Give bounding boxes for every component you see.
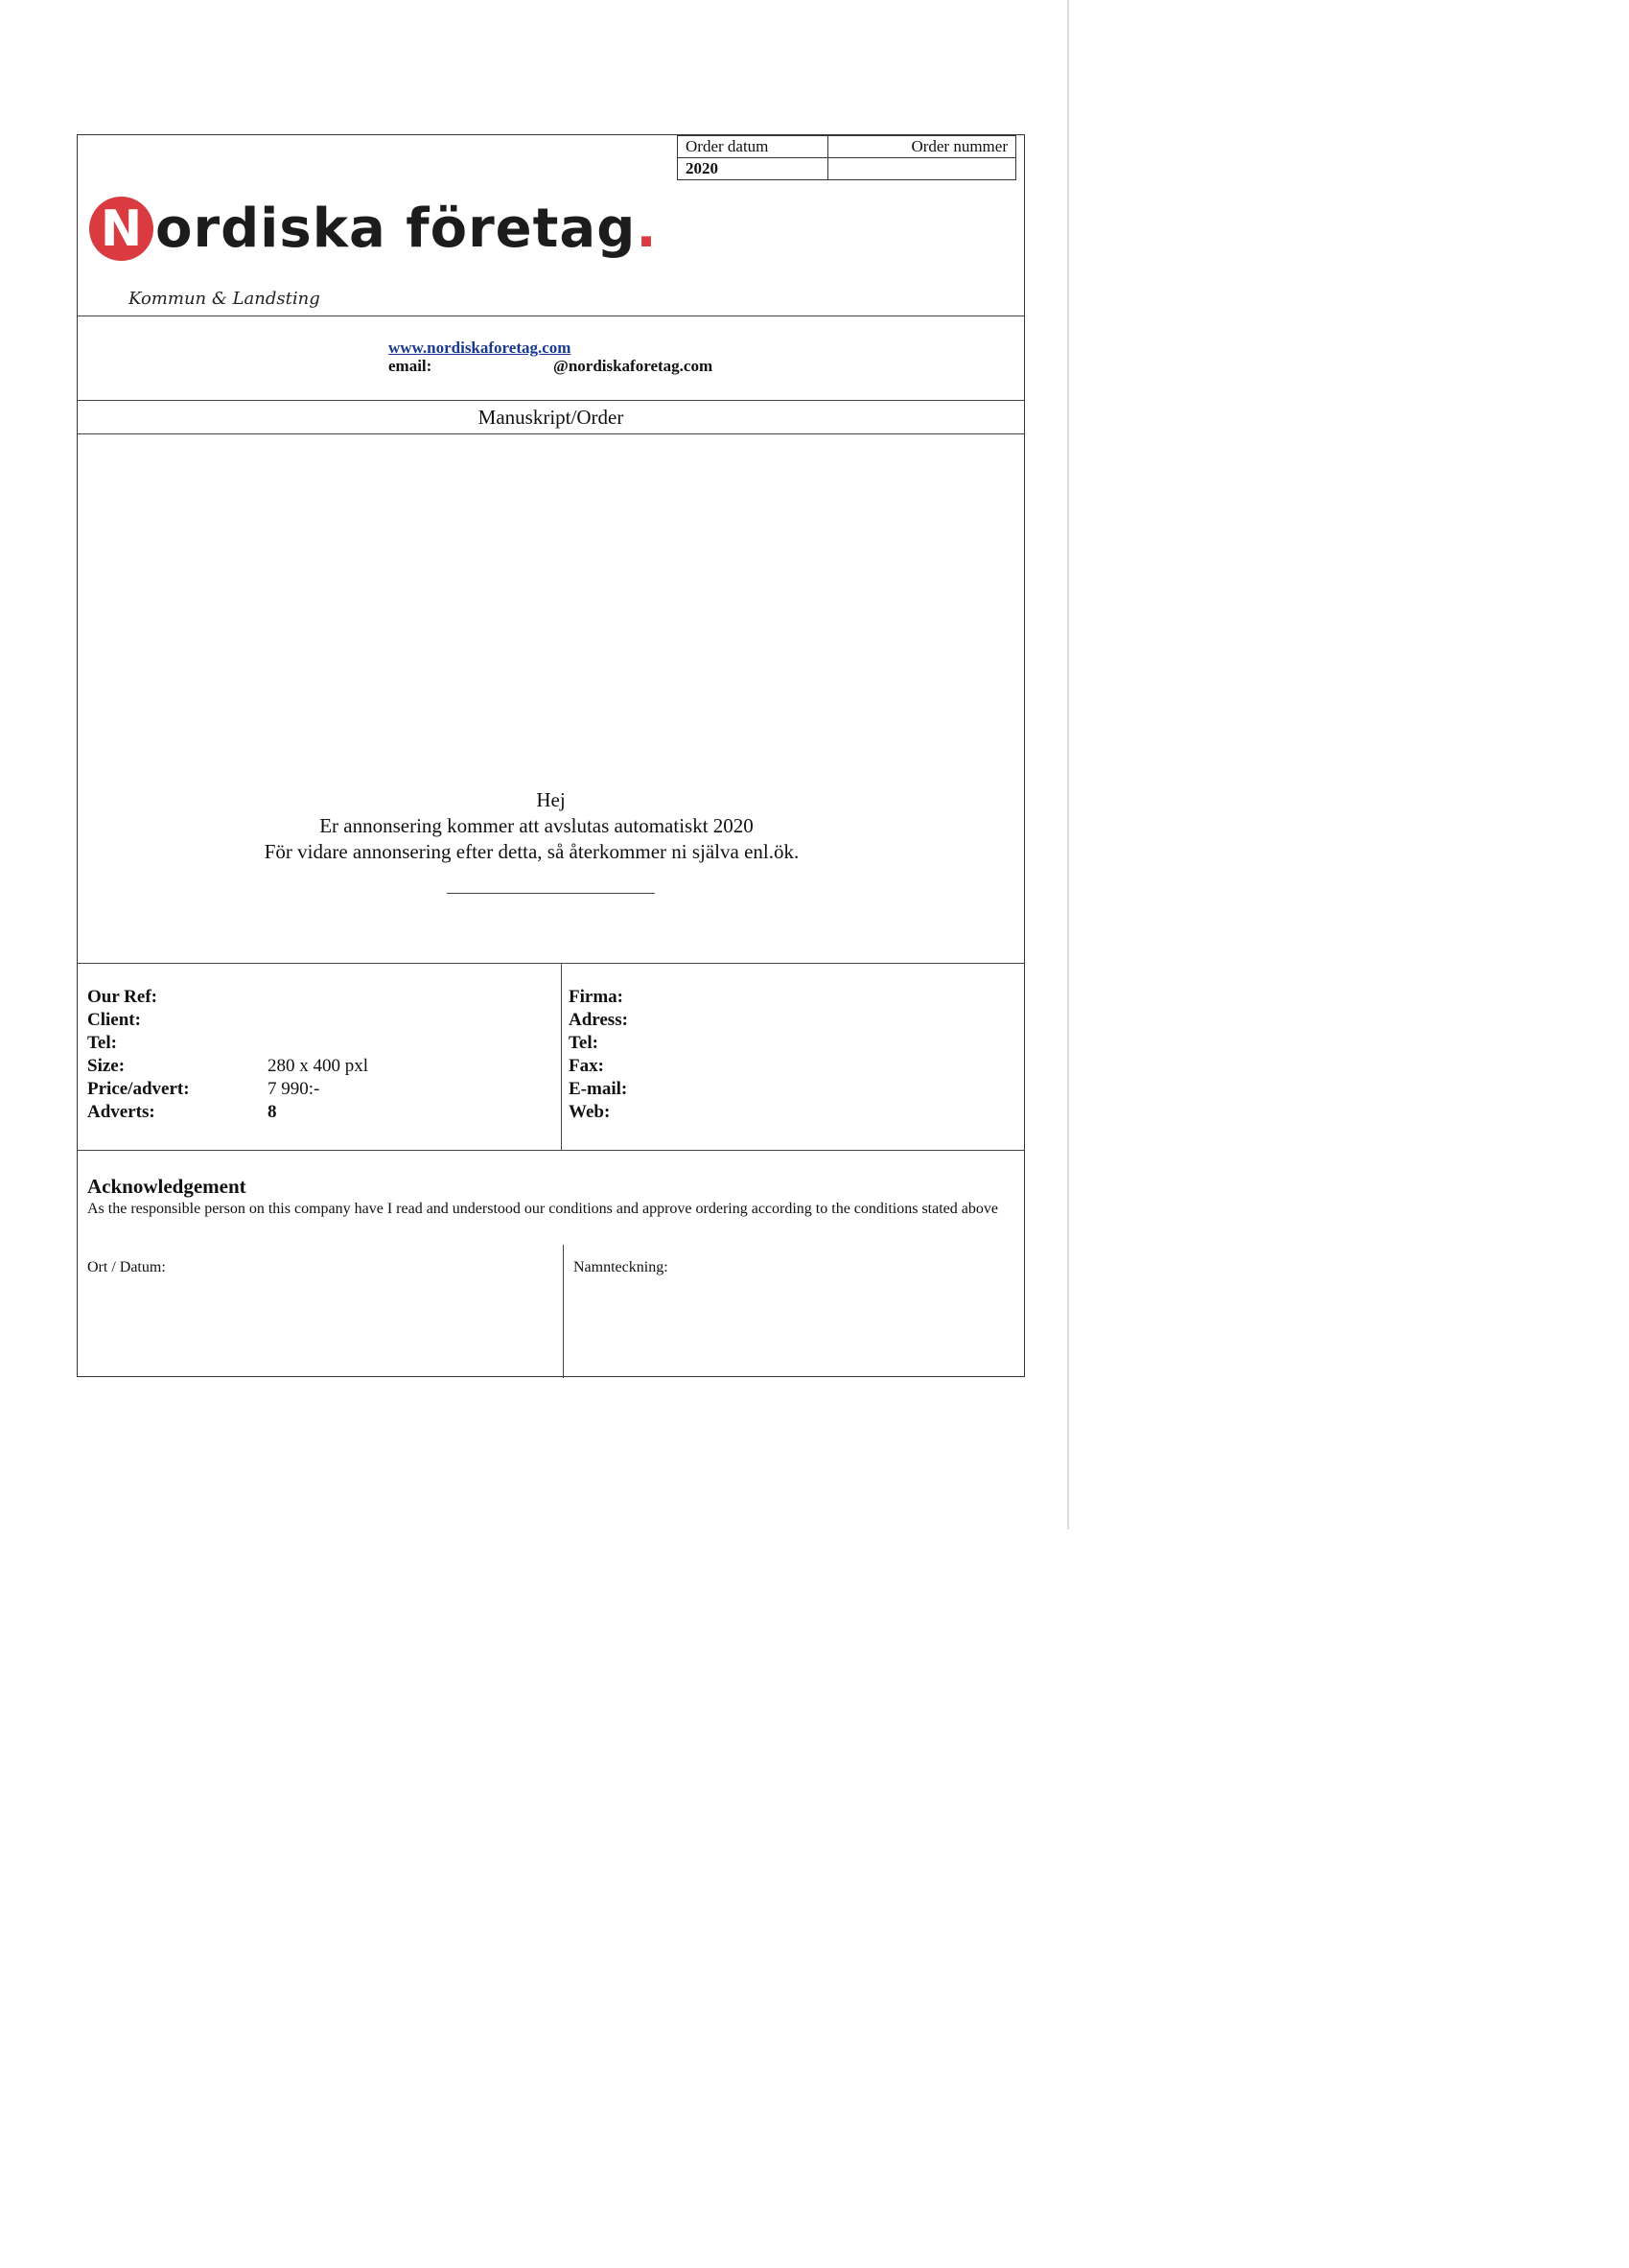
info-row-our-ref: Our Ref: <box>87 986 368 1009</box>
divider-info-vertical <box>561 963 562 1150</box>
message-line-1: Er annonsering kommer att avslutas autom… <box>49 813 1024 839</box>
order-number-header: Order nummer <box>828 136 1016 158</box>
divider-contact <box>78 400 1024 401</box>
order-date-value[interactable]: 2020 <box>678 158 828 180</box>
divider-signature-vertical <box>563 1245 564 1378</box>
order-info-table: Order datum Order nummer 2020 <box>677 135 1016 180</box>
fax-label: Fax: <box>569 1055 749 1078</box>
order-details: Our Ref: Client: Tel: Size: 280 x 400 px… <box>87 986 368 1124</box>
page-edge-line <box>1067 0 1069 1530</box>
email-value[interactable]: @nordiskaforetag.com <box>553 357 712 375</box>
size-value: 280 x 400 pxl <box>268 1055 368 1078</box>
our-ref-label: Our Ref: <box>87 986 268 1009</box>
info-row-email: E-mail: <box>569 1078 749 1101</box>
company-logo: N ordiska företag. <box>89 197 658 261</box>
acknowledgement-title: Acknowledgement <box>87 1174 1005 1199</box>
section-title: Manuskript/Order <box>78 402 1024 433</box>
adverts-label: Adverts: <box>87 1101 268 1124</box>
divider-message <box>78 963 1024 964</box>
contact-block: www.nordiskaforetag.com email: @nordiska… <box>388 339 712 375</box>
website-link[interactable]: www.nordiskaforetag.com <box>388 339 570 357</box>
signature-field[interactable]: Namnteckning: <box>573 1259 668 1276</box>
customer-email-label: E-mail: <box>569 1078 749 1101</box>
info-row-client: Client: <box>87 1009 368 1032</box>
message-block: Hej Er annonsering kommer att avslutas a… <box>78 787 1024 865</box>
divider-info <box>78 1150 1024 1151</box>
order-number-value[interactable] <box>828 158 1016 180</box>
tel-label: Tel: <box>87 1032 268 1055</box>
message-line-2: För vidare annonsering efter detta, så å… <box>39 839 1024 865</box>
info-row-firma: Firma: <box>569 986 749 1009</box>
email-label: email: <box>388 357 553 375</box>
customer-tel-label: Tel: <box>569 1032 749 1055</box>
info-row-web: Web: <box>569 1101 749 1124</box>
divider-section-title <box>78 433 1024 434</box>
price-label: Price/advert: <box>87 1078 268 1101</box>
logo-wordmark: ordiska företag. <box>155 202 658 256</box>
message-underline <box>447 893 655 894</box>
logo-wordmark-text: ordiska företag <box>155 198 636 260</box>
order-date-header: Order datum <box>678 136 828 158</box>
email-row: email: @nordiskaforetag.com <box>388 357 712 375</box>
client-label: Client: <box>87 1009 268 1032</box>
firma-label: Firma: <box>569 986 749 1009</box>
message-greeting: Hej <box>78 787 1024 813</box>
acknowledgement-block: Acknowledgement As the responsible perso… <box>87 1174 1005 1219</box>
logo-n-circle-icon: N <box>89 197 153 261</box>
price-value: 7 990:- <box>268 1078 319 1101</box>
tagline: Kommun & Landsting <box>128 289 320 309</box>
info-row-customer-tel: Tel: <box>569 1032 749 1055</box>
info-row-fax: Fax: <box>569 1055 749 1078</box>
info-row-tel: Tel: <box>87 1032 368 1055</box>
adress-label: Adress: <box>569 1009 749 1032</box>
info-row-adress: Adress: <box>569 1009 749 1032</box>
info-row-price: Price/advert: 7 990:- <box>87 1078 368 1101</box>
size-label: Size: <box>87 1055 268 1078</box>
adverts-value: 8 <box>268 1101 277 1124</box>
logo-dot: . <box>636 198 657 260</box>
info-row-size: Size: 280 x 400 pxl <box>87 1055 368 1078</box>
info-row-adverts: Adverts: 8 <box>87 1101 368 1124</box>
customer-details: Firma: Adress: Tel: Fax: E-mail: Web: <box>569 986 749 1124</box>
acknowledgement-text: As the responsible person on this compan… <box>87 1199 1005 1219</box>
web-label: Web: <box>569 1101 749 1124</box>
place-date-field[interactable]: Ort / Datum: <box>87 1259 166 1276</box>
divider-header <box>78 316 1024 316</box>
order-form: Order datum Order nummer 2020 N ordiska … <box>77 134 1025 1377</box>
